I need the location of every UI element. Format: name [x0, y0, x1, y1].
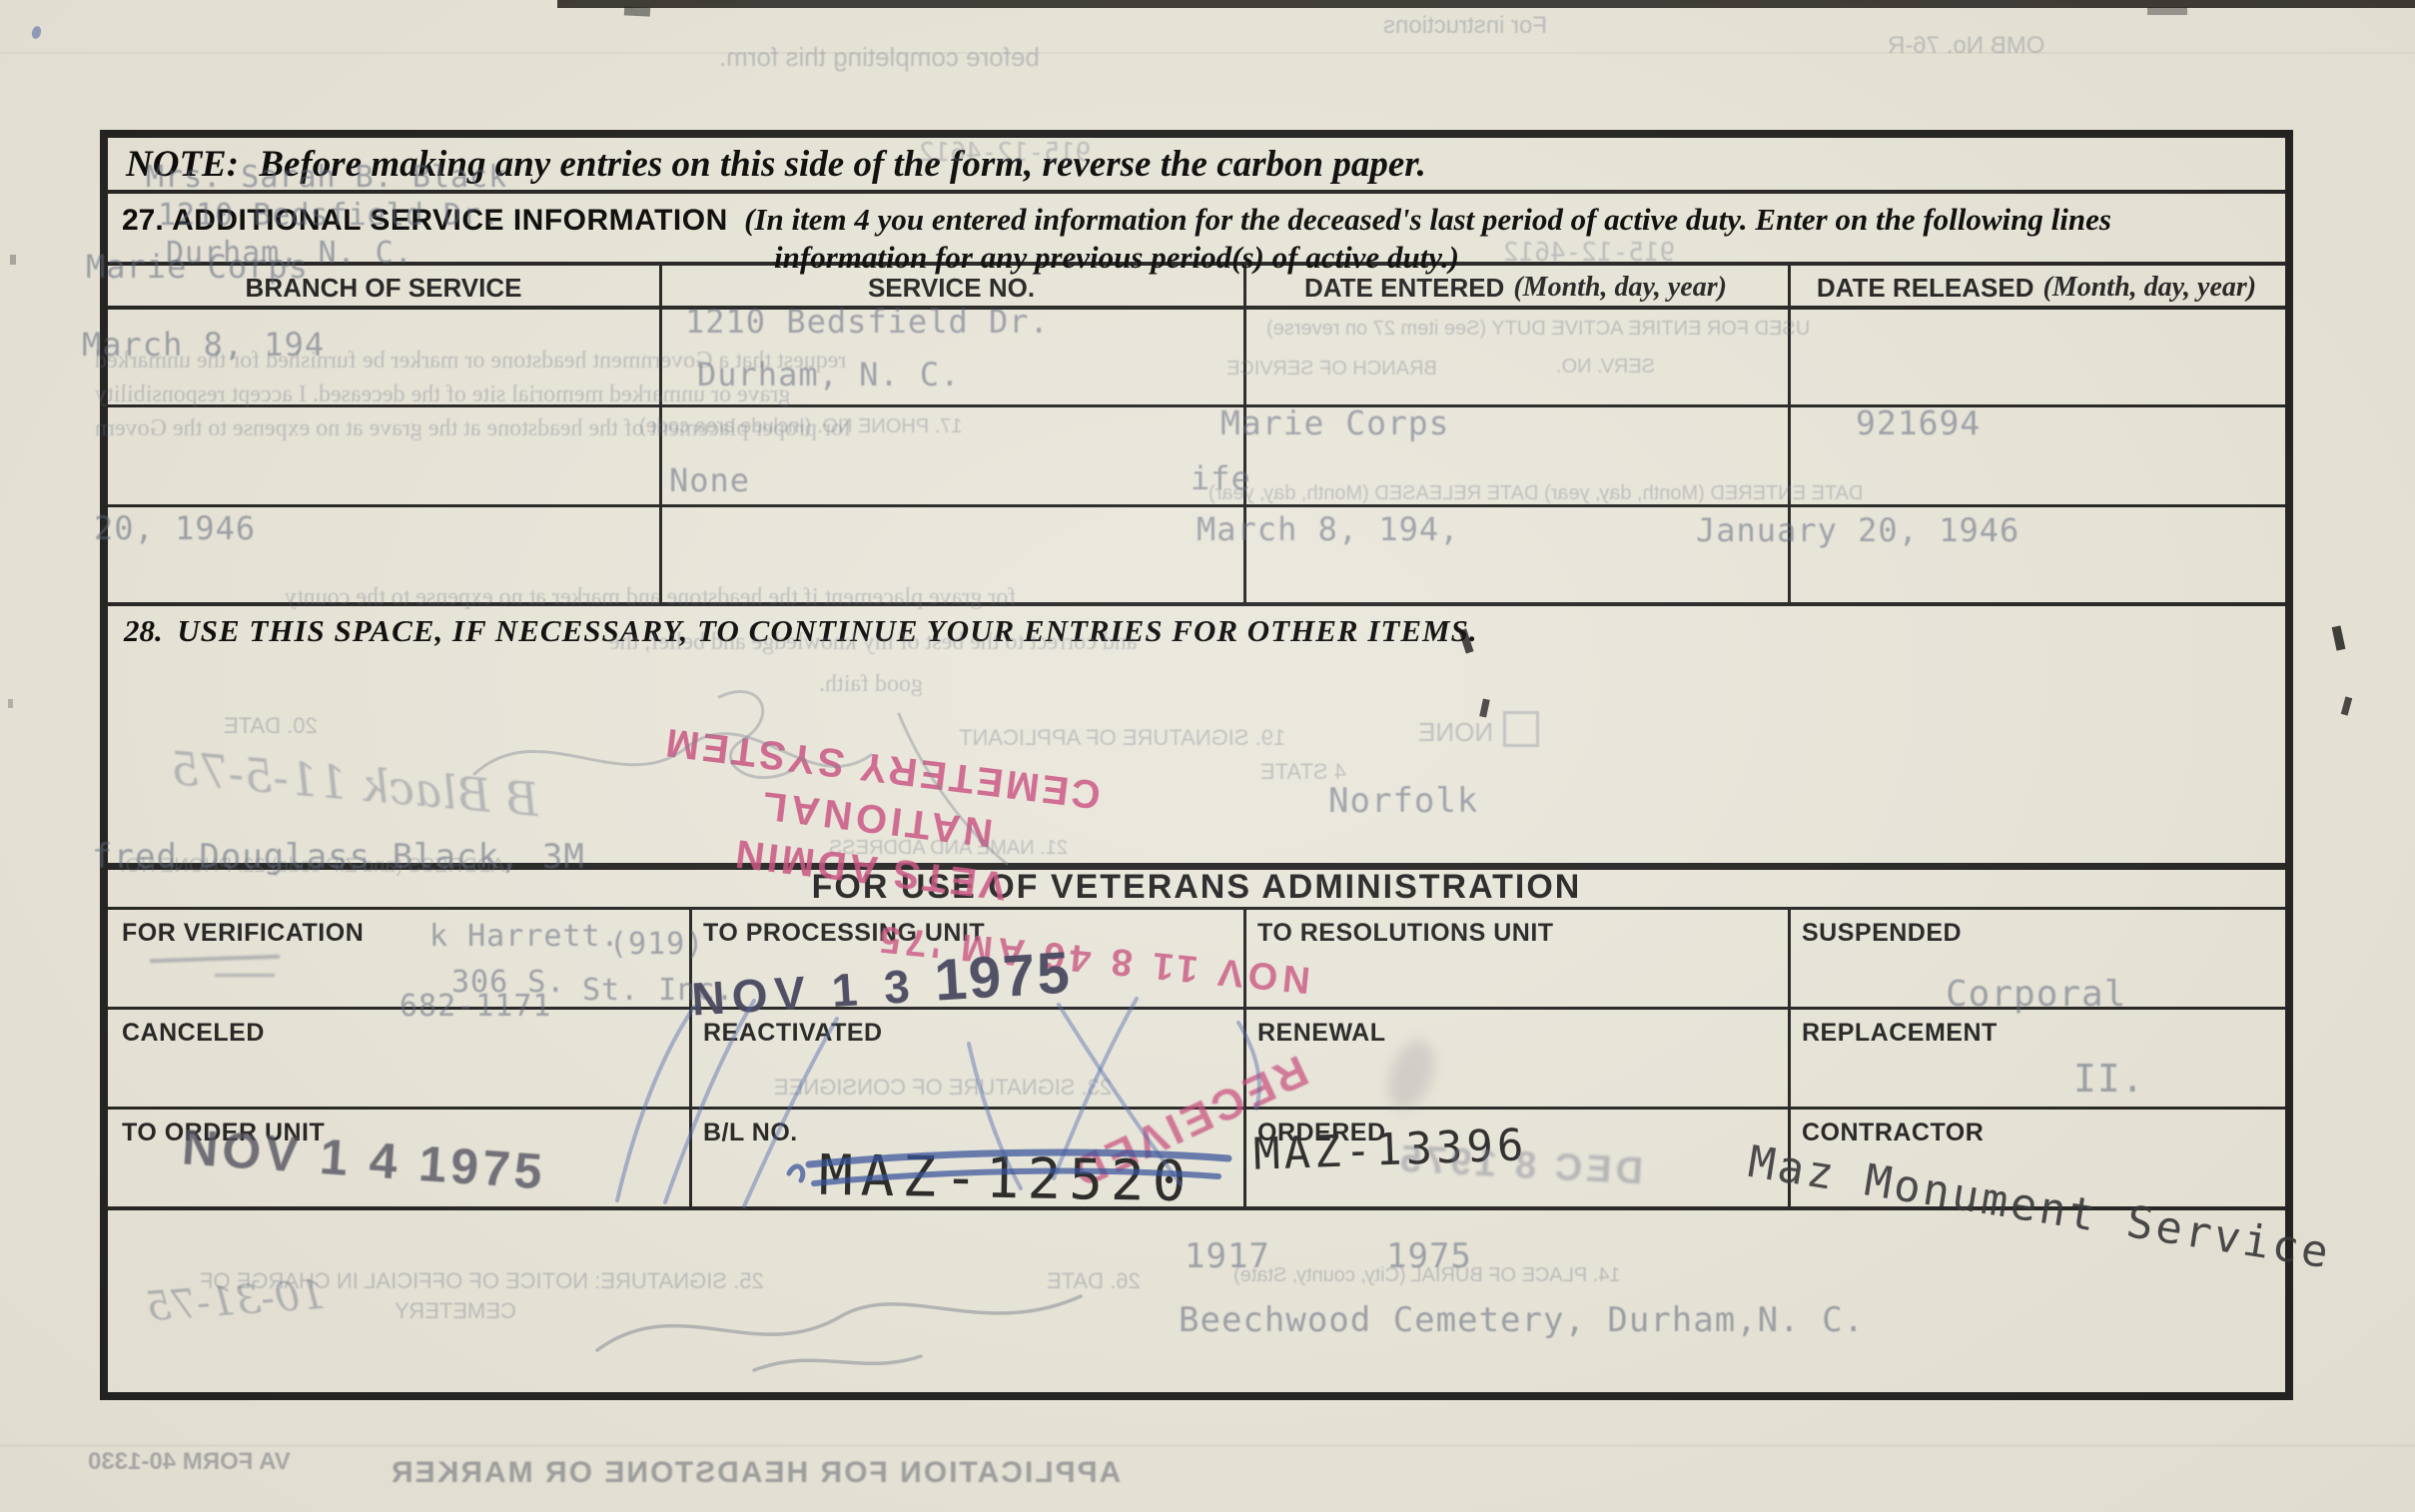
scan-edge-strip — [557, 0, 2415, 8]
carbon-widow-name: Mrs. Sarah B. Black — [146, 160, 507, 195]
col-header-date-released: DATE RELEASED (Month, day, year) — [1788, 270, 2285, 306]
box-label-verification: FOR VERIFICATION — [122, 919, 364, 948]
carbon-ship-street: 1210 Bedsfield Dr. — [685, 303, 1050, 341]
scan-edge-nub — [624, 6, 650, 16]
item-27-instruction-1: (In item 4 you entered information for t… — [744, 202, 2111, 237]
carbon-cemetery: Beechwood Cemetery, Durham,N. C. — [1179, 1300, 1865, 1340]
showthrough-top-line: before completing this form. — [719, 42, 1040, 73]
showthrough-burial-label: 14. PLACE OF BURIAL (City, county, State… — [1233, 1264, 1621, 1287]
pen-scribble-overlay — [539, 989, 1298, 1228]
showthrough-branch-label: BRANCH OF SERVICE — [1226, 358, 1437, 380]
rule — [108, 504, 2285, 507]
signature-showthrough-overlay — [559, 1248, 1119, 1398]
carbon-date-entered: March 8, 194, — [1197, 510, 1459, 548]
showthrough-dates-label: DATE ENTERED (Month, day, year) DATE REL… — [1208, 482, 1863, 505]
col-header-date-released-label: DATE RELEASED — [1817, 273, 2034, 304]
carbon-service-no: 921694 — [1856, 403, 1981, 442]
col-header-service-no-label: SERVICE NO. — [868, 273, 1035, 304]
carbon-phone: 682-1171 — [400, 989, 552, 1024]
col-header-date-entered-sub: (Month, day, year) — [1513, 272, 1727, 304]
showthrough-instruction: request that a Government headstone or m… — [95, 348, 846, 375]
paper-crease — [0, 52, 2415, 54]
carbon-contact-name: k Harrett. — [429, 919, 620, 954]
ink-tick — [2332, 625, 2346, 650]
rule — [1788, 262, 1791, 606]
showthrough-state-label: 4 STATE — [1260, 759, 1346, 785]
col-header-date-entered: DATE ENTERED (Month, day, year) — [1243, 270, 1788, 306]
carbon-branch: Marie Corps — [1220, 403, 1450, 442]
col-header-service-no: SERVICE NO. — [659, 270, 1243, 306]
showthrough-corner: For instructions — [1383, 12, 1547, 40]
showthrough-instruction: grave or unmarked memorial site of the d… — [95, 381, 790, 408]
pen-dot — [30, 25, 42, 40]
showthrough-checkbox — [1503, 711, 1539, 747]
showthrough-va-form: VA FORM 40-1330 — [88, 1448, 291, 1476]
carbon-phone-none: None — [669, 461, 750, 499]
pencil-scribble-overlay — [419, 659, 1119, 909]
carbon-area-code: (919) — [609, 927, 704, 962]
carbon-norfolk: Norfolk — [1328, 781, 1478, 821]
showthrough-none-label: NONE — [1418, 717, 1493, 748]
box-label-replacement: REPLACEMENT — [1802, 1019, 1998, 1048]
carbon-date-released: January 20, 1946 — [1696, 511, 2019, 549]
box-label-resolutions: TO RESOLUTIONS UNIT — [1257, 919, 1554, 948]
showthrough-date-label: 20. DATE — [224, 713, 318, 739]
box-label-suspended: SUSPENDED — [1802, 919, 1962, 948]
col-header-date-entered-label: DATE ENTERED — [1304, 273, 1504, 304]
scan-edge-nub — [2147, 7, 2187, 15]
box-label-contractor: CONTRACTOR — [1802, 1119, 1984, 1147]
box-label-canceled: CANCELED — [122, 1019, 265, 1048]
margin-speck — [10, 255, 16, 265]
showthrough-omb: OMB No. 76-R — [1888, 32, 2044, 60]
margin-speck — [8, 699, 13, 708]
showthrough-ssn: 915-12-4612 — [1503, 238, 1675, 268]
smudge — [215, 974, 275, 977]
showthrough-official-cemetery: CEMETERY — [395, 1298, 516, 1324]
showthrough-footer-title: APPLICATION FOR HEADSTONE OR MARKER — [390, 1456, 1121, 1490]
carbon-date-left2: 20, 1946 — [94, 509, 256, 547]
showthrough-ssn: 915-12-4612 — [919, 138, 1091, 168]
ink-tick — [2341, 696, 2352, 715]
carbon-rank: Corporal — [1946, 974, 2126, 1015]
scanned-form-back: before completing this form. For instruc… — [0, 0, 2415, 1512]
carbon-branch-left: Marie Corps — [86, 248, 309, 286]
rule — [108, 306, 2285, 310]
carbon-war: II. — [2073, 1057, 2145, 1101]
showthrough-instruction: for proper placement of the headstone at… — [95, 415, 851, 442]
paper-crease — [0, 1444, 2415, 1447]
col-header-date-released-sub: (Month, day, year) — [2043, 272, 2257, 304]
item-28-number: 28. — [124, 613, 163, 648]
showthrough-instruction: for grave placement if the headstone and… — [285, 584, 1016, 611]
showthrough-service-label: SERV. NO. — [1556, 356, 1655, 378]
showthrough-instruction: and correct to the best of my knowledge … — [609, 629, 1137, 656]
carbon-widow-street: 1210 Bedsfield Dr. — [158, 198, 500, 233]
showthrough-active-duty: USED FOR ENTIRE ACTIVE DUTY (See item 27… — [1266, 318, 1810, 341]
